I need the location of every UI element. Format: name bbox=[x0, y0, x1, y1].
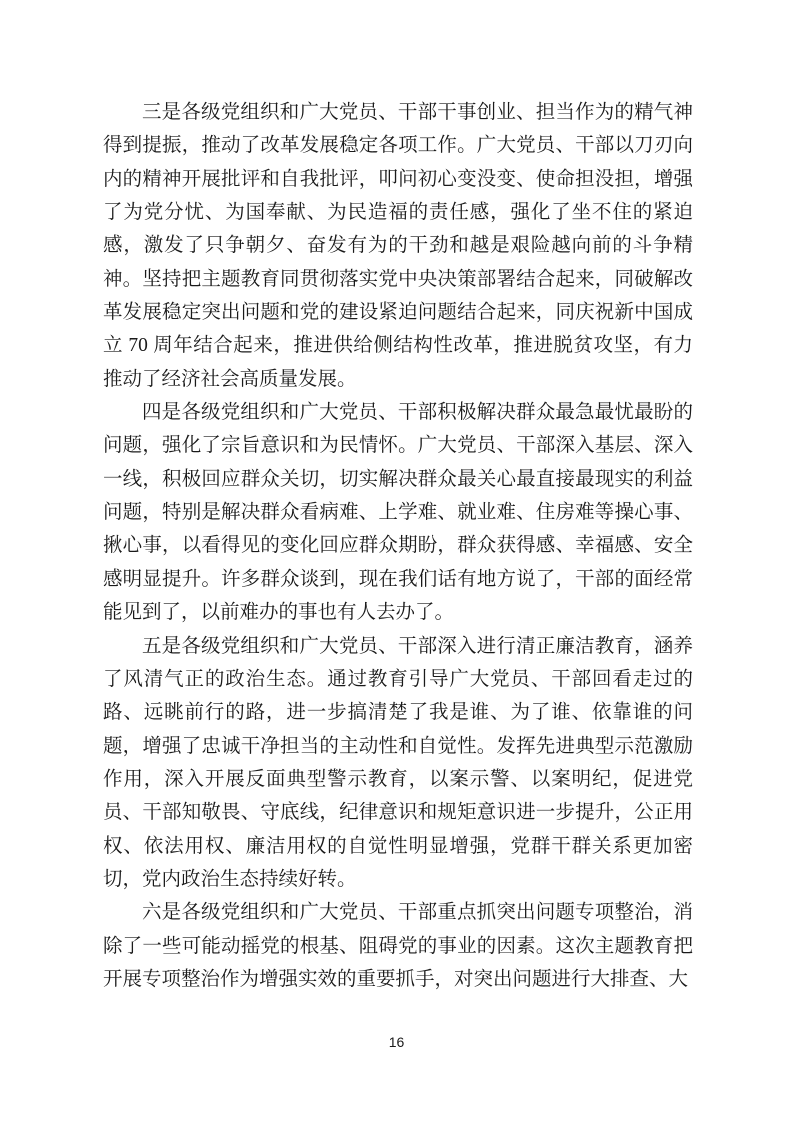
paragraph-three: 三是各级党组织和广大党员、干部干事创业、担当作为的精气神得到提振，推动了改革发展… bbox=[103, 96, 693, 396]
paragraph-five: 五是各级党组织和广大党员、干部深入进行清正廉洁教育，涵养了风清气正的政治生态。通… bbox=[103, 630, 693, 897]
page-number: 16 bbox=[389, 1034, 405, 1050]
page-footer: 16 bbox=[0, 1034, 793, 1052]
document-body: 三是各级党组织和广大党员、干部干事创业、担当作为的精气神得到提振，推动了改革发展… bbox=[103, 96, 693, 996]
paragraph-six: 六是各级党组织和广大党员、干部重点抓突出问题专项整治，消除了一些可能动摇党的根基… bbox=[103, 896, 693, 996]
document-page: 三是各级党组织和广大党员、干部干事创业、担当作为的精气神得到提振，推动了改革发展… bbox=[0, 0, 793, 1122]
paragraph-four: 四是各级党组织和广大党员、干部积极解决群众最急最忧最盼的问题，强化了宗旨意识和为… bbox=[103, 396, 693, 629]
